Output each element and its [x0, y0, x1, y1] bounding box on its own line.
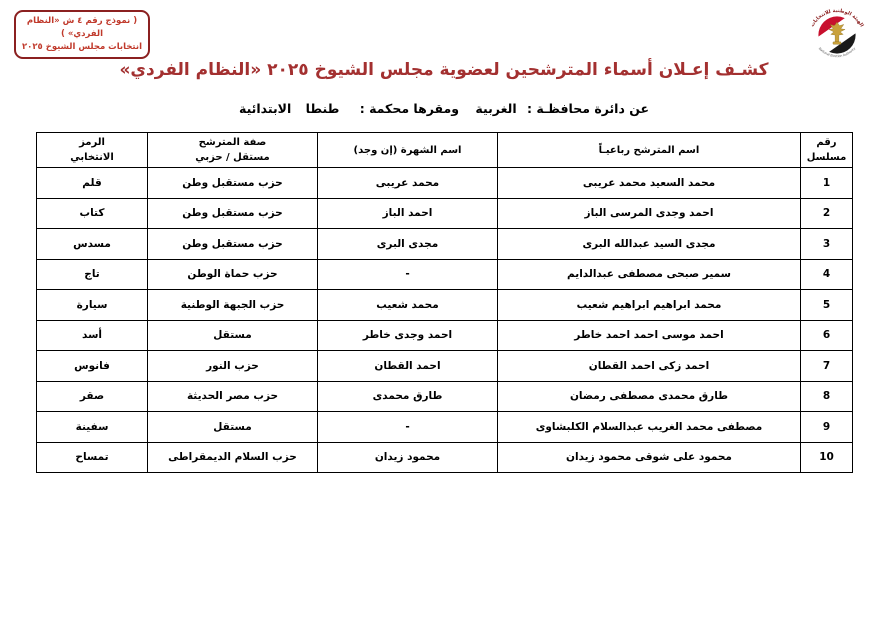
cell-name: سمير صبحى مصطفى عبدالدايم [498, 259, 801, 290]
cell-serial: 3 [801, 229, 853, 260]
table-row: 4 سمير صبحى مصطفى عبدالدايم - حزب حماة ا… [37, 259, 853, 290]
cell-name: مجدى السيد عبدالله البرى [498, 229, 801, 260]
cell-capacity: حزب الجبهة الوطنية [148, 290, 318, 321]
election-name-line: انتخابات مجلس الشيوخ ٢٠٢٥ [20, 41, 144, 54]
cell-symbol: فانوس [37, 351, 148, 382]
table-row: 7 احمد زكى احمد القطان احمد القطان حزب ا… [37, 351, 853, 382]
cell-name: مصطفى محمد الغريب عبدالسلام الكلبشاوى [498, 412, 801, 443]
table-header-row: رقم مسلسل اسم المترشح رباعيـاً اسم الشهر… [37, 133, 853, 168]
cell-name: احمد زكى احمد القطان [498, 351, 801, 382]
cell-name: احمد وجدى المرسى الباز [498, 198, 801, 229]
cell-alias: احمد الباز [318, 198, 498, 229]
col-header-capacity: صفة المترشح مستقل / حزبي [148, 133, 318, 168]
table-row: 8 طارق محمدى مصطفى رمضان طارق محمدى حزب … [37, 381, 853, 412]
col-header-name: اسم المترشح رباعيـاً [498, 133, 801, 168]
cell-serial: 5 [801, 290, 853, 321]
cell-alias: محمد شعيب [318, 290, 498, 321]
court-type-value: الابتدائية [239, 101, 291, 116]
cell-symbol: سيارة [37, 290, 148, 321]
cell-name: احمد موسى احمد احمد خاطر [498, 320, 801, 351]
governorate-label: عن دائرة محافظـة : [527, 101, 649, 116]
cell-alias: - [318, 412, 498, 443]
cell-serial: 6 [801, 320, 853, 351]
table-row: 9 مصطفى محمد الغريب عبدالسلام الكلبشاوى … [37, 412, 853, 443]
cell-symbol: مسدس [37, 229, 148, 260]
cell-symbol: سفينة [37, 412, 148, 443]
cell-serial: 4 [801, 259, 853, 290]
form-number-line: ( نموذج رقم ٤ ش «النظام الفردي» ) [20, 15, 144, 41]
col-header-symbol: الرمز الانتخابي [37, 133, 148, 168]
table-row: 1 محمد السعيد محمد عريبى محمد عريبى حزب … [37, 168, 853, 199]
cell-alias: محمود زيدان [318, 442, 498, 473]
cell-serial: 10 [801, 442, 853, 473]
cell-alias: محمد عريبى [318, 168, 498, 199]
court-city-value: طنطا [306, 101, 340, 116]
cell-alias: - [318, 259, 498, 290]
col-header-alias: اسم الشهرة (إن وجد) [318, 133, 498, 168]
cell-alias: مجدى البرى [318, 229, 498, 260]
cell-serial: 1 [801, 168, 853, 199]
cell-symbol: تاج [37, 259, 148, 290]
cell-serial: 2 [801, 198, 853, 229]
cell-name: محمد السعيد محمد عريبى [498, 168, 801, 199]
table-row: 10 محمود على شوقى محمود زيدان محمود زيدا… [37, 442, 853, 473]
cell-serial: 8 [801, 381, 853, 412]
cell-capacity: حزب النور [148, 351, 318, 382]
cell-serial: 9 [801, 412, 853, 443]
nea-emblem-icon: الهيئة الوطنية للانتخابات National Elect… [806, 4, 868, 66]
court-label: ومقرها محكمة : [360, 101, 459, 116]
table-row: 5 محمد ابراهيم ابراهيم شعيب محمد شعيب حز… [37, 290, 853, 321]
cell-symbol: قلم [37, 168, 148, 199]
cell-capacity: حزب مصر الحديثة [148, 381, 318, 412]
cell-name: محمد ابراهيم ابراهيم شعيب [498, 290, 801, 321]
cell-name: طارق محمدى مصطفى رمضان [498, 381, 801, 412]
cell-alias: احمد وجدى خاطر [318, 320, 498, 351]
cell-capacity: حزب مستقبل وطن [148, 229, 318, 260]
governorate-value: الغربية [475, 101, 516, 116]
district-line: عن دائرة محافظـة : الغربية ومقرها محكمة … [0, 101, 888, 116]
cell-alias: احمد القطان [318, 351, 498, 382]
cell-symbol: أسد [37, 320, 148, 351]
form-number-box: ( نموذج رقم ٤ ش «النظام الفردي» ) انتخاب… [14, 10, 150, 59]
cell-symbol: صقر [37, 381, 148, 412]
cell-alias: طارق محمدى [318, 381, 498, 412]
candidate-announcement-page: ( نموذج رقم ٤ ش «النظام الفردي» ) انتخاب… [0, 0, 888, 618]
table-row: 6 احمد موسى احمد احمد خاطر احمد وجدى خاط… [37, 320, 853, 351]
col-header-serial: رقم مسلسل [801, 133, 853, 168]
document-title: كشـف إعـلان أسماء المترشحين لعضوية مجلس … [0, 60, 888, 80]
cell-capacity: حزب حماة الوطن [148, 259, 318, 290]
table-row: 2 احمد وجدى المرسى الباز احمد الباز حزب … [37, 198, 853, 229]
cell-name: محمود على شوقى محمود زيدان [498, 442, 801, 473]
cell-symbol: كتاب [37, 198, 148, 229]
cell-capacity: حزب مستقبل وطن [148, 198, 318, 229]
cell-capacity: مستقل [148, 412, 318, 443]
candidates-table: رقم مسلسل اسم المترشح رباعيـاً اسم الشهر… [36, 132, 853, 473]
cell-symbol: تمساح [37, 442, 148, 473]
table-row: 3 مجدى السيد عبدالله البرى مجدى البرى حز… [37, 229, 853, 260]
cell-serial: 7 [801, 351, 853, 382]
cell-capacity: مستقل [148, 320, 318, 351]
cell-capacity: حزب السلام الديمقراطى [148, 442, 318, 473]
cell-capacity: حزب مستقبل وطن [148, 168, 318, 199]
